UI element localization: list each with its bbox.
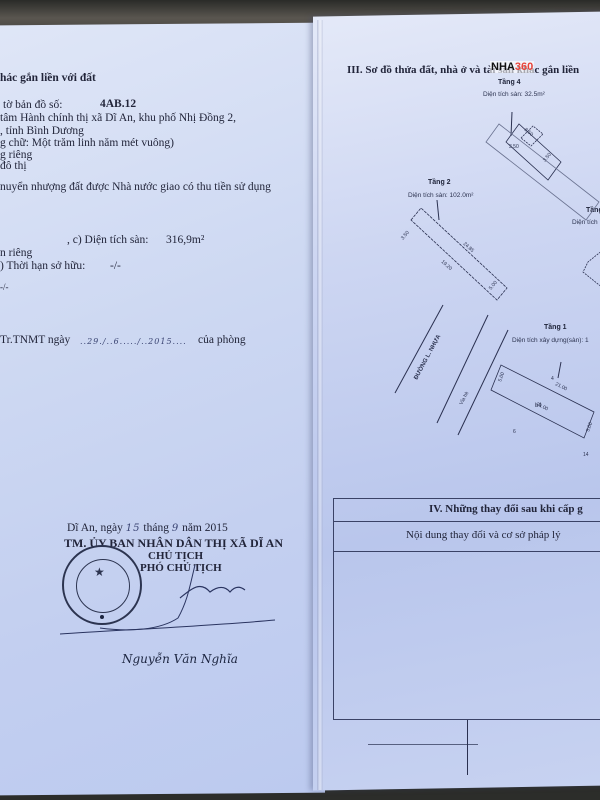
signature-scribble [60, 560, 300, 640]
svg-text:b4: b4 [535, 403, 542, 409]
signing-month: 9 [172, 523, 179, 534]
land-diagram: 8.50 3.50 3.50 3.50 24.85 19.20 5.00 ĐƯỜ… [313, 60, 600, 480]
form-divider-vertical [467, 720, 468, 775]
svg-text:14: 14 [583, 452, 589, 458]
map-sheet-value: 4AB.12 [100, 98, 136, 110]
section-heading-left: hác gắn liền với đất [0, 72, 96, 84]
land-type: đô thị [0, 160, 27, 172]
registration-prefix: Tr.TNMT ngày [0, 334, 70, 346]
svg-text:5.00: 5.00 [488, 280, 499, 291]
changes-column-header: Nội dung thay đổi và cơ sở pháp lý [406, 529, 561, 541]
svg-text:ĐƯỜNG L. NHỰA: ĐƯỜNG L. NHỰA [412, 332, 443, 381]
signer-name: Nguyễn Văn Nghĩa [122, 652, 238, 666]
signing-place-date: Dĩ An, ngày 15 tháng 9 năm 2015 [67, 522, 228, 534]
changes-table: IV. Những thay đổi sau khi cấp g Nội dun… [333, 498, 600, 720]
svg-text:21.00: 21.00 [554, 381, 568, 392]
floor2-plan: 3.50 24.85 19.20 5.00 [400, 200, 507, 300]
misc-dash: -/- [0, 282, 9, 292]
signing-month-label: tháng [143, 522, 169, 534]
ownership-term-value: -/- [110, 260, 121, 272]
signing-place: Dĩ An, ngày [67, 522, 123, 534]
form-divider-horizontal [368, 744, 478, 745]
svg-text:Vỉa hè: Vỉa hè [458, 390, 471, 406]
road: ĐƯỜNG L. NHỰA Vỉa hè [395, 305, 508, 435]
floor3-plan-partial [583, 250, 600, 288]
registration-suffix: của phòng [198, 334, 246, 346]
svg-text:4: 4 [551, 376, 554, 382]
signing-year: năm 2015 [182, 522, 228, 534]
ownership-form: n riêng [0, 247, 32, 259]
svg-text:19.20: 19.20 [440, 259, 453, 272]
changes-column-row: Nội dung thay đổi và cơ sở pháp lý [334, 521, 600, 552]
changes-heading-row: IV. Những thay đổi sau khi cấp g [334, 499, 600, 522]
area-in-words: g chữ: Một trăm linh năm mét vuông) [0, 137, 174, 149]
svg-text:3.50: 3.50 [509, 144, 519, 150]
floor-area-value: 316,9m² [166, 234, 204, 246]
floor-area-label: , c) Diện tích sàn: [67, 234, 148, 246]
address-line2: , tỉnh Bình Dương [0, 125, 84, 137]
registration-handwritten-date: ..29./..6...../..2015.... [80, 337, 187, 346]
svg-text:6: 6 [513, 429, 516, 435]
map-sheet-label: tờ bản đồ số: [3, 99, 62, 111]
address-line1: tâm Hành chính thị xã Dĩ An, khu phố Nhị… [0, 112, 236, 124]
ownership-term-label: ) Thời hạn sở hữu: [0, 260, 85, 272]
signing-day: 15 [126, 523, 141, 534]
svg-text:3.50: 3.50 [400, 230, 411, 241]
floor4-plan: 8.50 3.50 3.50 [486, 112, 599, 220]
svg-text:5.00: 5.00 [585, 421, 594, 432]
changes-heading: IV. Những thay đổi sau khi cấp g [429, 503, 583, 515]
floor1-plan: 21.00 21.00 5.00 5.00 b4 4 6 14 [491, 362, 594, 458]
svg-text:5.00: 5.00 [497, 371, 506, 382]
land-origin: nuyển nhượng đất được Nhà nước giao có t… [0, 181, 271, 193]
